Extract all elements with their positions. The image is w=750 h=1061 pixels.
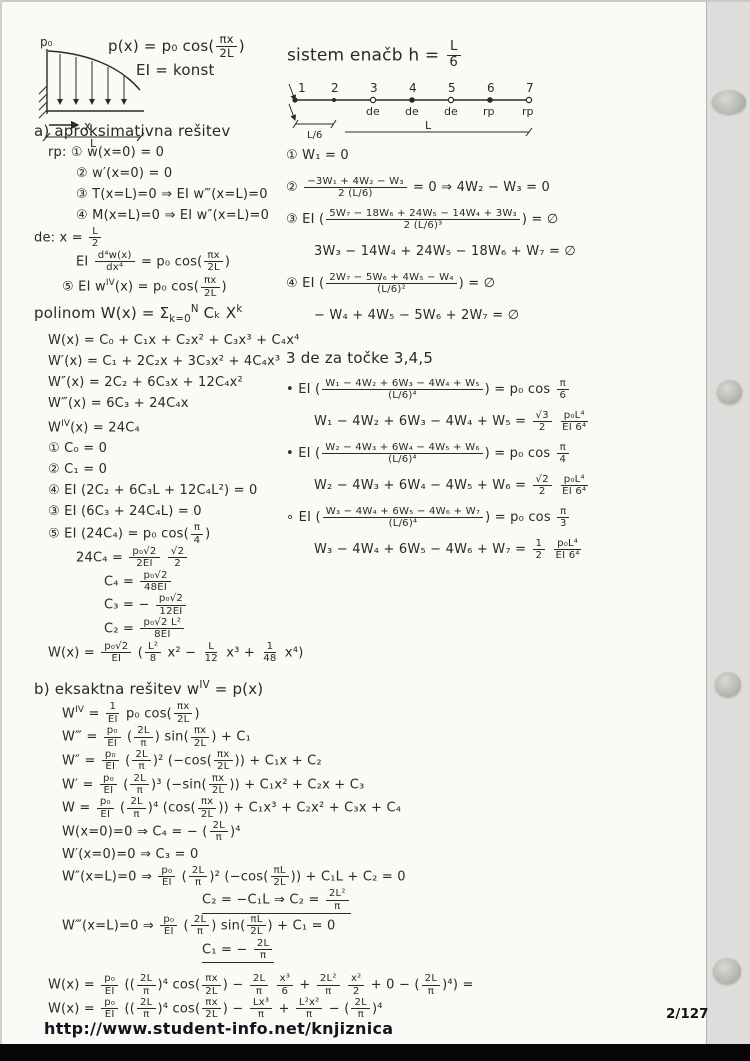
math-line: W″ = p₀EI (2Lπ)² (−cos(πx2L)) + C₁x + C₂ (62, 749, 394, 773)
math-line: C₂ = −C₁L ⇒ C₂ = 2L²π (202, 888, 351, 914)
node-tag: rp (483, 105, 495, 118)
node-tag: de (366, 105, 380, 118)
math-line: a) aproksimativna rešitev (34, 121, 394, 142)
math-line: W(x) = p₀EI ((2Lπ)⁴ cos(πx2L) − Lx³π + L… (48, 997, 394, 1021)
math-line: W₂ − 4W₃ + 6W₄ − 4W₅ + W₆ = √22 p₀L⁴EI 6… (314, 470, 706, 502)
node-number: 3 (370, 81, 378, 95)
math-line: • EI (W₂ − 4W₃ + 6W₄ − 4W₅ + W₆(L/6)⁴) =… (286, 438, 706, 470)
math-line: W′(x=0)=0 ⇒ C₃ = 0 (62, 844, 394, 865)
math-line: ① W₁ = 0 (286, 140, 706, 172)
node-number: 2 (331, 81, 339, 95)
load-function-equations: p(x) = p₀ cos(πx2L)EI = konst (108, 33, 245, 81)
math-line: C₃ = − p₀√212EI (104, 593, 394, 617)
binder-hole-icon (715, 672, 741, 697)
math-line: C₄ = p₀√248EI (104, 570, 394, 594)
math-line: EI = konst (136, 60, 245, 81)
math-line: C₂ = p₀√2 L²8EI (104, 617, 394, 641)
math-line: ③ EI (5W₇ − 18W₆ + 24W₅ − 14W₄ + 3W₃2 (L… (286, 204, 706, 236)
node-number: 7 (526, 81, 534, 95)
scan-edge-top (0, 0, 750, 2)
scan-page-edge (706, 0, 750, 1061)
math-line: W″(x=L)=0 ⇒ p₀EI (2Lπ)² (−cos(πL2L)) + C… (62, 865, 394, 889)
binder-hole-icon (712, 90, 746, 114)
math-line: W = p₀EI (2Lπ)⁴ (cos(πx2L)) + C₁x³ + C₂x… (62, 796, 394, 820)
scanned-notes-page: p₀ x L p(x) = p₀ cos(πx2L)EI = konst sis… (0, 0, 750, 1061)
math-line: W‴ = p₀EI (2Lπ) sin(πx2L) + C₁ (62, 725, 394, 749)
math-line: ② −3W₁ + 4W₂ − W₃2 (L/6) = 0 ⇒ 4W₂ − W₃ … (286, 172, 706, 204)
node-number: 4 (409, 81, 417, 95)
node-tag: de (444, 105, 458, 118)
math-line: W‴(x=L)=0 ⇒ p₀EI (2Lπ) sin(πL2L) + C₁ = … (62, 914, 394, 938)
math-line: W(x) = p₀EI ((2Lπ)⁴ cos(πx2L) − 2Lπ x³6 … (48, 973, 394, 997)
math-line: sistem enačb h = L6 (287, 40, 463, 71)
math-line: b) eksaktna rešitev wIV = p(x) (34, 675, 394, 700)
support-arrow-icon (289, 104, 295, 120)
node-number: 1 (298, 81, 306, 95)
math-line: 3 de za točke 3,4,5 (286, 342, 706, 374)
page-number: 2/127 (666, 1006, 709, 1022)
equation-system-column: ① W₁ = 0② −3W₁ + 4W₂ − W₃2 (L/6) = 0 ⇒ 4… (286, 140, 706, 566)
scan-bottom-bar (0, 1044, 750, 1061)
math-line: WIV = 1EI p₀ cos(πx2L) (62, 700, 394, 726)
system-of-equations-title: sistem enačb h = L6 (287, 40, 463, 71)
binder-hole-icon (717, 380, 742, 404)
load-label: p₀ (40, 35, 53, 49)
math-line: ∘ EI (W₃ − 4W₄ + 6W₅ − 4W₆ + W₇(L/6)⁴) =… (286, 502, 706, 534)
math-line: W(x=0)=0 ⇒ C₄ = − (2Lπ)⁴ (62, 820, 394, 844)
node-number: 5 (448, 81, 456, 95)
math-line: C₁ = − 2Lπ (202, 938, 274, 964)
node-tag: de (405, 105, 419, 118)
math-line: W₁ − 4W₂ + 6W₃ − 4W₄ + W₅ = √32 p₀L⁴EI 6… (314, 406, 706, 438)
binder-hole-icon (713, 958, 741, 984)
node-number: 6 (487, 81, 495, 95)
math-line: • EI (W₁ − 4W₂ + 6W₃ − 4W₄ + W₅(L/6)⁴) =… (286, 374, 706, 406)
math-line: W(x) = p₀√2EI (L²8 x² − L12 x³ + 148 x⁴) (48, 641, 394, 665)
math-line: p(x) = p₀ cos(πx2L) (108, 33, 245, 60)
watermark-url-link[interactable]: http://www.student-info.net/knjiznica (44, 1019, 393, 1038)
total-dimension-label: L (425, 119, 432, 132)
node-tag: rp (522, 105, 534, 118)
math-line: W′ = p₀EI (2Lπ)³ (−sin(πx2L)) + C₁x² + C… (62, 773, 394, 797)
math-line: W₃ − 4W₄ + 6W₅ − 4W₆ + W₇ = 12 p₀L⁴EI 6⁴ (314, 534, 706, 566)
math-line: ④ EI (2W₇ − 5W₆ + 4W₅ − W₄(L/6)²) = ∅ (286, 268, 706, 300)
math-line: − W₄ + 4W₅ − 5W₆ + 2W₇ = ∅ (314, 300, 706, 332)
scan-edge-left (0, 0, 2, 1061)
math-line: 3W₃ − 14W₄ + 24W₅ − 18W₆ + W₇ = ∅ (314, 236, 706, 268)
